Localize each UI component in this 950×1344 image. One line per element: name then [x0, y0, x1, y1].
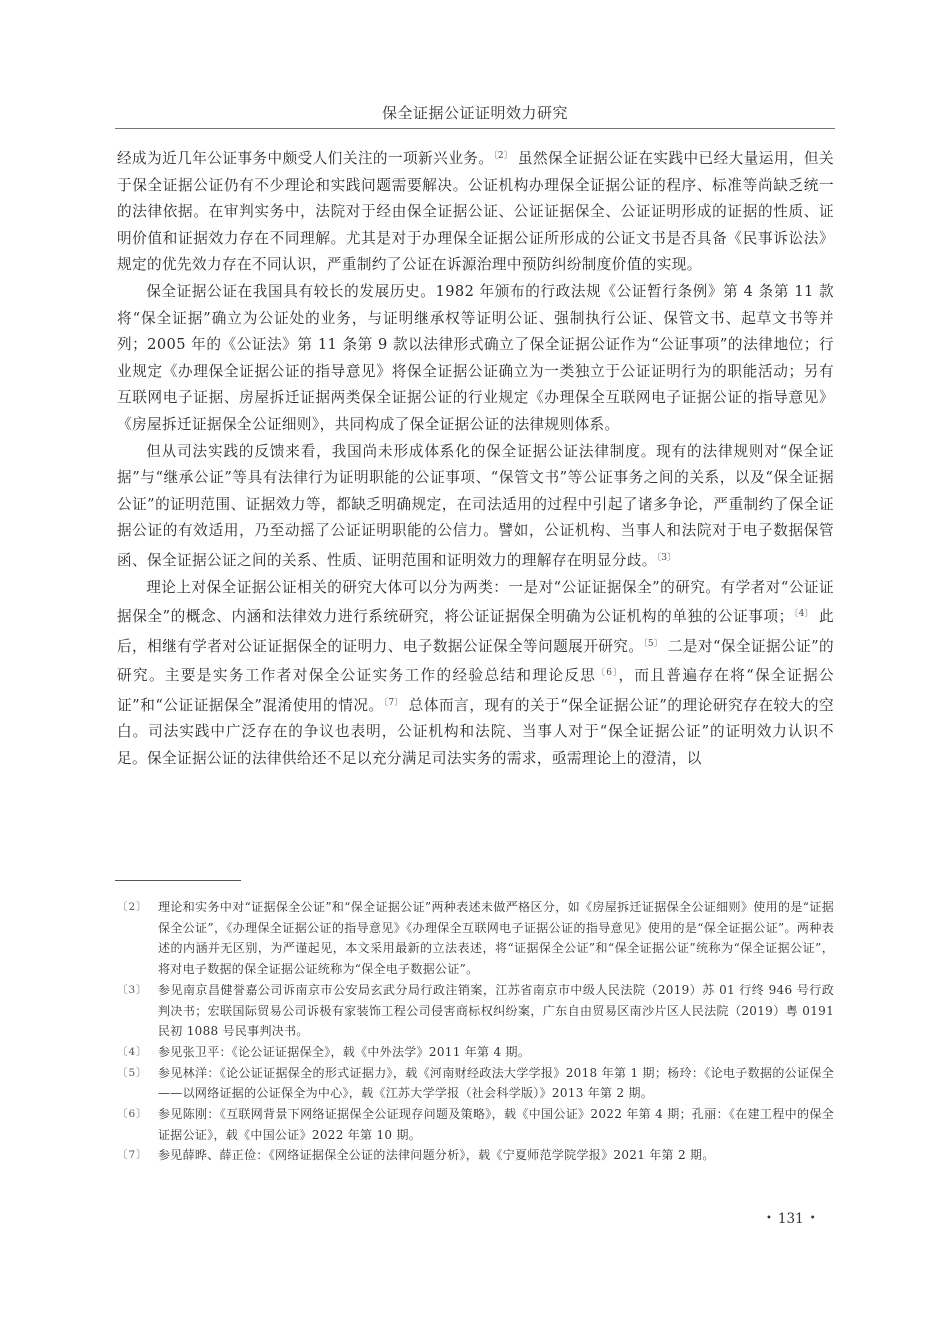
footnote-text: 参见薛晔、薛正俭：《网络证据保全公证的法律问题分析》，载《宁夏师范学院学报》20…	[158, 1148, 715, 1162]
paragraph-text: 但从司法实践的反馈来看，我国尚未形成体系化的保全证据公证法律制度。现有的法律规则…	[117, 443, 834, 569]
body-text: 经成为近几年公证事务中颇受人们关注的一项新兴业务。〔2〕 虽然保全证据公证在实践…	[117, 143, 834, 773]
page-number: •131•	[760, 1211, 822, 1227]
footnote-ref[interactable]: 〔7〕	[384, 698, 404, 708]
footnote: 〔6〕参见陈刚：《互联网背景下网络证据保全公证现存问题及策略》，载《中国公证》2…	[117, 1104, 834, 1145]
paragraph: 理论上对保全证据公证相关的研究大体可以分为两类：一是对“公证证据保全”的研究。有…	[117, 575, 834, 773]
paragraph-text: 理论上对保全证据公证相关的研究大体可以分为两类：一是对“公证证据保全”的研究。有…	[117, 579, 834, 626]
footnote-ref[interactable]: 〔2〕	[493, 151, 512, 161]
page-number-value: 131	[778, 1211, 804, 1227]
footnotes: 〔2〕理论和实务中对“证据保全公证”和“保全证据公证”两种表述未做严格区分，如《…	[117, 897, 834, 1166]
bullet-right-icon: •	[810, 1213, 816, 1224]
header-rule	[115, 128, 835, 129]
footnote-number: 〔5〕	[117, 1063, 148, 1084]
footnote-text: 理论和实务中对“证据保全公证”和“保全证据公证”两种表述未做严格区分，如《房屋拆…	[158, 900, 834, 976]
footnote-separator	[115, 880, 241, 881]
paragraph: 经成为近几年公证事务中颇受人们关注的一项新兴业务。〔2〕 虽然保全证据公证在实践…	[117, 143, 834, 279]
footnote-text: 参见陈刚：《互联网背景下网络证据保全公证现存问题及策略》，载《中国公证》2022…	[158, 1107, 834, 1142]
paragraph-text: 保全证据公证在我国具有较长的发展历史。1982 年颁布的行政法规《公证暂行条例》…	[117, 283, 834, 433]
running-head-title: 保全证据公证证明效力研究	[115, 102, 835, 123]
paragraph-text: 经成为近几年公证事务中颇受人们关注的一项新兴业务。	[117, 150, 493, 167]
footnote-text: 参见张卫平：《论公证证据保全》，载《中外法学》2011 年第 4 期。	[158, 1045, 530, 1059]
footnote: 〔2〕理论和实务中对“证据保全公证”和“保全证据公证”两种表述未做严格区分，如《…	[117, 897, 834, 980]
footnote-number: 〔2〕	[117, 897, 148, 918]
paragraph: 保全证据公证在我国具有较长的发展历史。1982 年颁布的行政法规《公证暂行条例》…	[117, 279, 834, 439]
footnote: 〔5〕参见林洋：《论公证证据保全的形式证据力》，载《河南财经政法大学学报》201…	[117, 1063, 834, 1104]
footnote-number: 〔3〕	[117, 980, 148, 1001]
paragraph: 但从司法实践的反馈来看，我国尚未形成体系化的保全证据公证法律制度。现有的法律规则…	[117, 439, 834, 575]
footnote-number: 〔6〕	[117, 1104, 148, 1125]
footnote: 〔4〕参见张卫平：《论公证证据保全》，载《中外法学》2011 年第 4 期。	[117, 1042, 834, 1063]
footnote: 〔7〕参见薛晔、薛正俭：《网络证据保全公证的法律问题分析》，载《宁夏师范学院学报…	[117, 1145, 834, 1166]
footnote: 〔3〕参见南京昌健誉嘉公司诉南京市公安局玄武分局行政注销案，江苏省南京市中级人民…	[117, 980, 834, 1042]
footnote-ref[interactable]: 〔4〕	[794, 609, 814, 619]
footnote-ref[interactable]: 〔6〕	[596, 668, 618, 678]
footnote-number: 〔7〕	[117, 1145, 148, 1166]
footnote-ref[interactable]: 〔3〕	[657, 553, 676, 563]
footnote-text: 参见林洋：《论公证证据保全的形式证据力》，载《河南财经政法大学学报》2018 年…	[158, 1066, 834, 1101]
footnote-number: 〔4〕	[117, 1042, 148, 1063]
paragraph-text: 虽然保全证据公证在实践中已经大量运用，但关于保全证据公证仍有不少理论和实践问题需…	[117, 150, 834, 273]
bullet-left-icon: •	[766, 1213, 772, 1224]
footnote-text: 参见南京昌健誉嘉公司诉南京市公安局玄武分局行政注销案，江苏省南京市中级人民法院（…	[158, 983, 834, 1038]
footnote-ref[interactable]: 〔5〕	[643, 639, 662, 649]
